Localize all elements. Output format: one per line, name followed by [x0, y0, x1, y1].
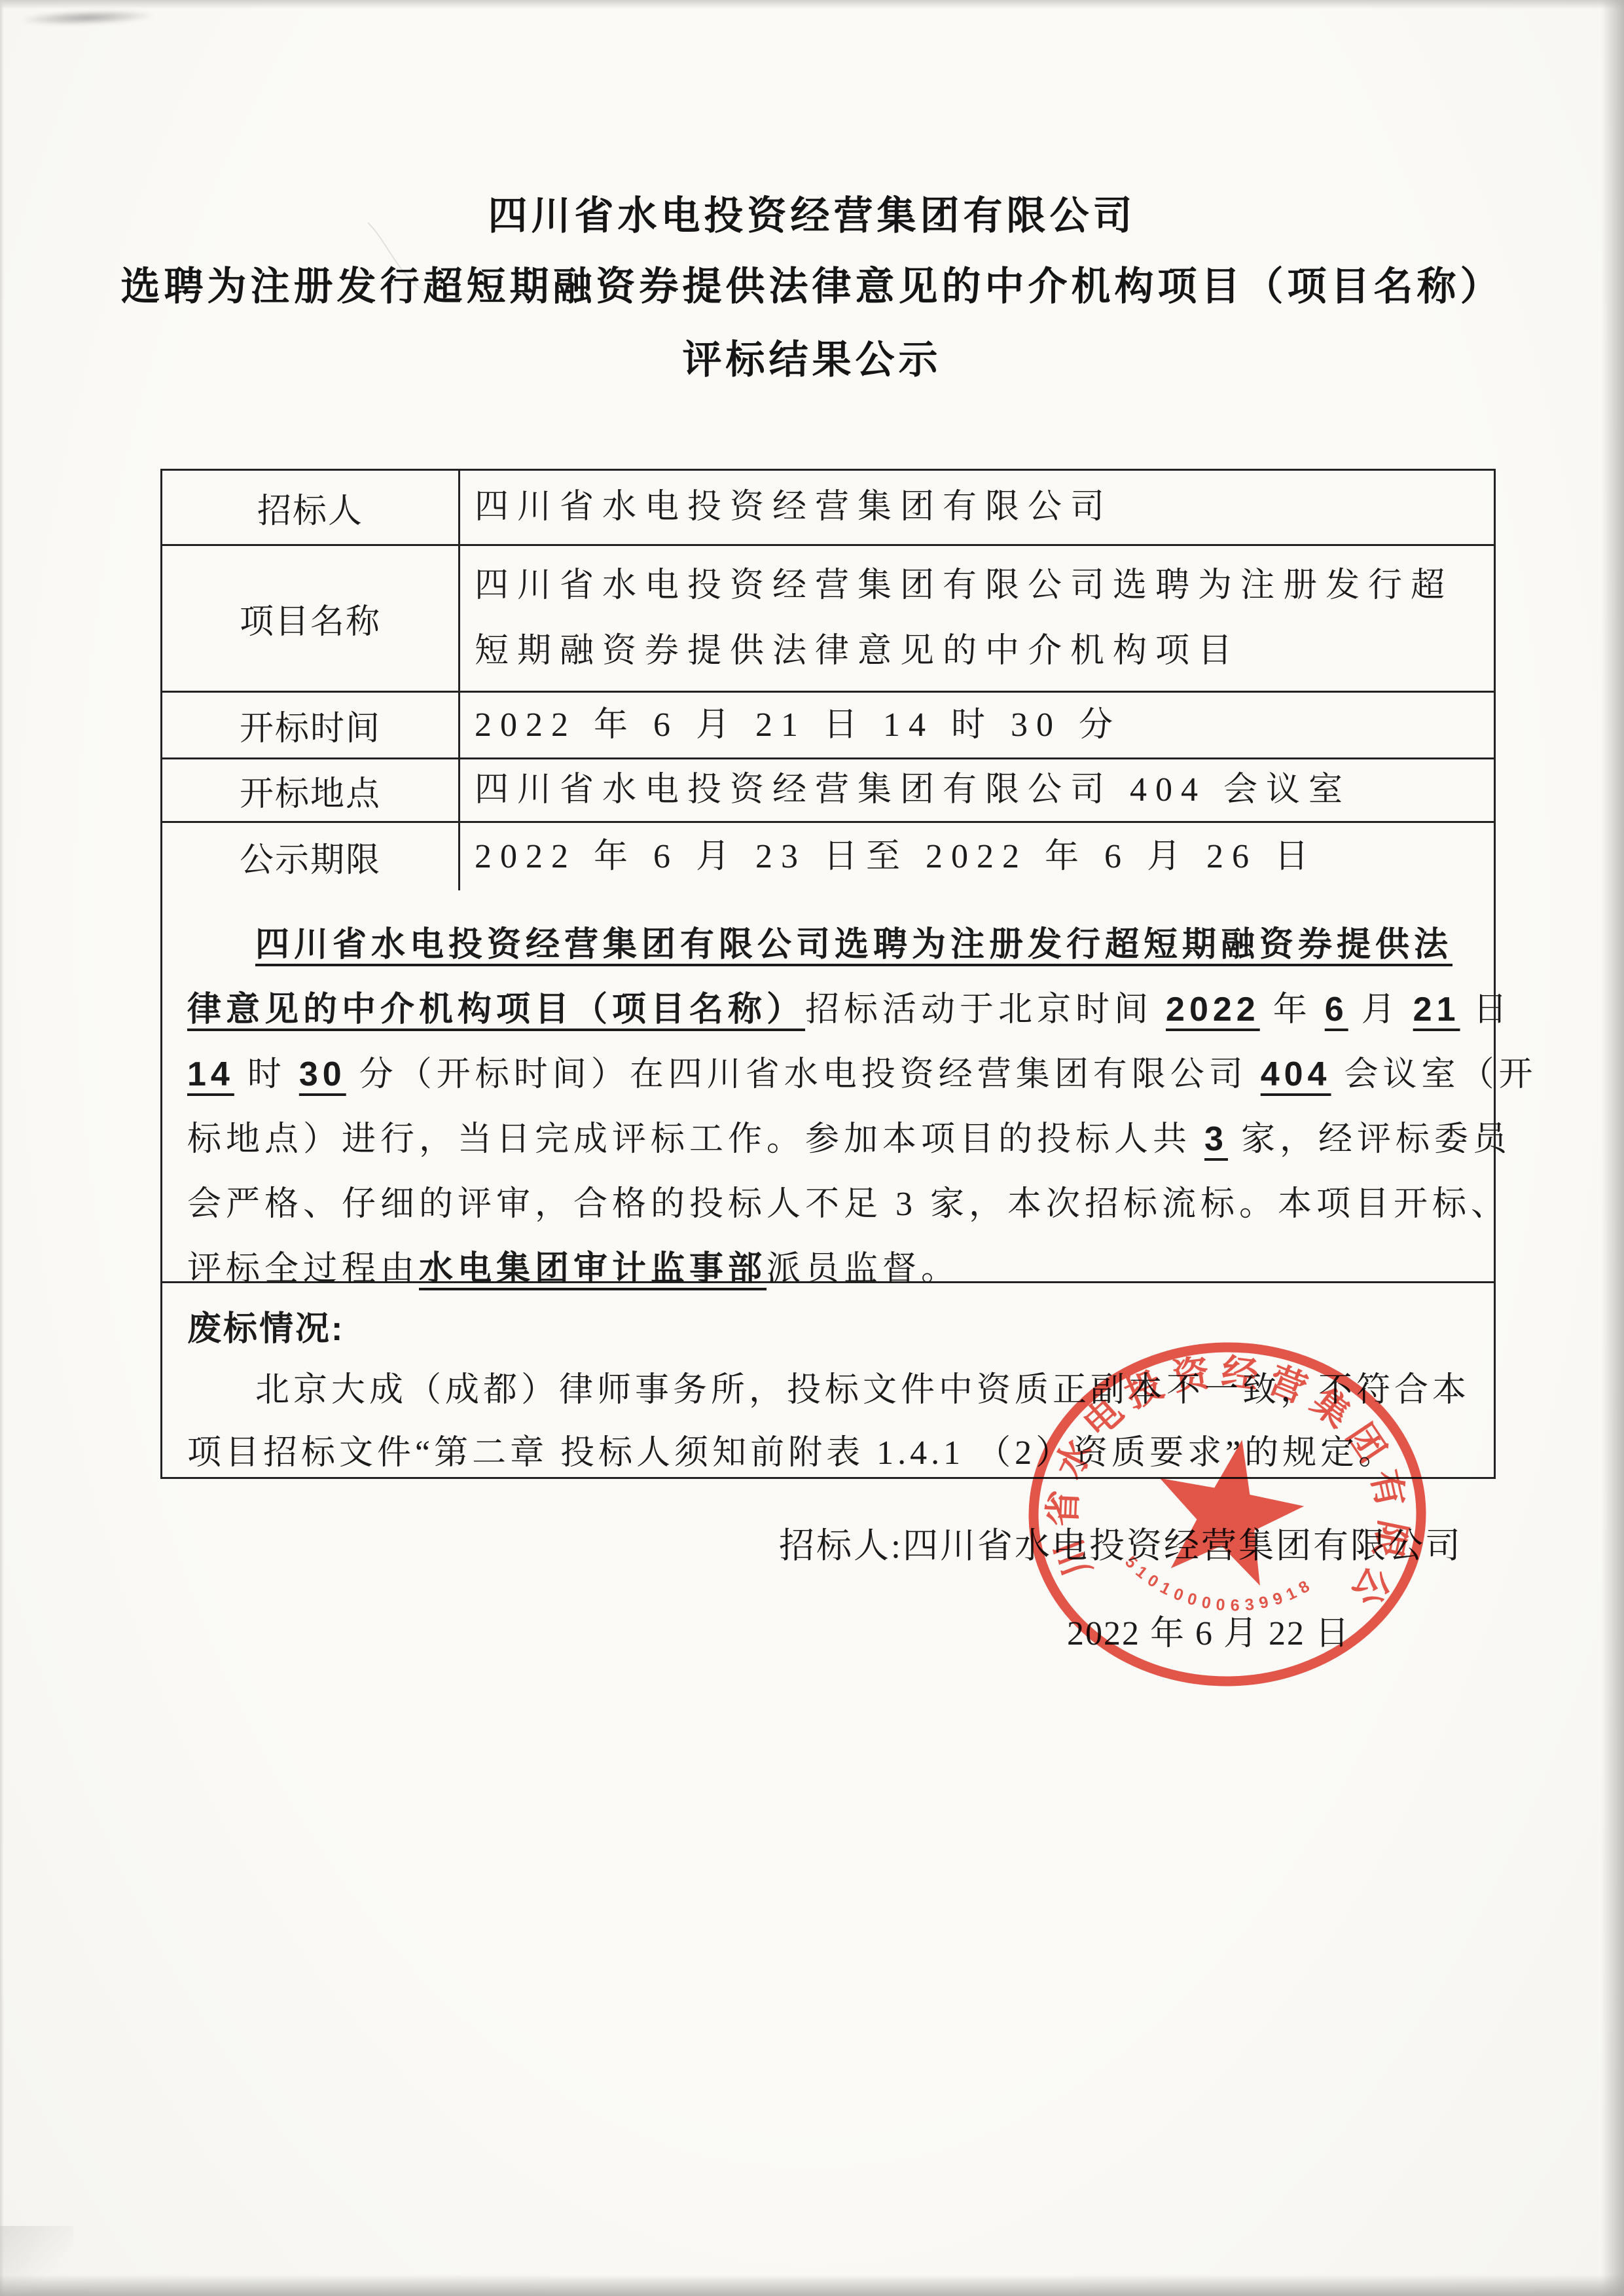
table-row: 招标人四川省水电投资经营集团有限公司 — [162, 471, 1494, 544]
row-label: 公示期限 — [162, 823, 460, 890]
row-label: 开标时间 — [162, 693, 460, 757]
row-value: 四川省水电投资经营集团有限公司 404 会议室 — [460, 759, 1494, 821]
row-value: 四川省水电投资经营集团有限公司 — [460, 471, 1494, 544]
document-title-line3: 评标结果公示 — [0, 329, 1624, 385]
scan-edge-top — [0, 0, 1624, 9]
row-label: 招标人 — [162, 471, 460, 544]
table-row: 开标地点四川省水电投资经营集团有限公司 404 会议室 — [162, 757, 1494, 821]
notice-lines: 四川省水电投资经营集团有限公司选聘为注册发行超短期融资券提供法律意见的中介机构项… — [187, 913, 1474, 1302]
notice-line: 标地点）进行，当日完成评标工作。参加本项目的投标人共 3 家，经评标委员 — [187, 1107, 1474, 1172]
document-title-line2: 选聘为注册发行超短期融资券提供法律意见的中介机构项目（项目名称） — [0, 255, 1624, 312]
notice-line: 律意见的中介机构项目（项目名称）招标活动于北京时间 2022 年 6 月 21 … — [187, 977, 1474, 1042]
document-title-line1: 四川省水电投资经营集团有限公司 — [0, 185, 1624, 241]
company-seal-stamp: 四川省水电投资经营集团有限公司 51010000639918 — [1021, 1334, 1433, 1695]
table-row: 项目名称四川省水电投资经营集团有限公司选聘为注册发行超短期融资券提供法律意见的中… — [162, 544, 1494, 691]
scan-corner-fold — [0, 2226, 73, 2296]
row-value: 2022 年 6 月 21 日 14 时 30 分 — [460, 693, 1494, 757]
seal-code-text: 51010000639918 — [1117, 1552, 1320, 1626]
notice-line: 会严格、仔细的评审，合格的投标人不足 3 家，本次招标流标。本项目开标、 — [187, 1172, 1474, 1237]
scan-edge-bottom — [0, 2274, 1624, 2296]
evaluation-notice-cell: 四川省水电投资经营集团有限公司选聘为注册发行超短期融资券提供法律意见的中介机构项… — [162, 890, 1494, 1281]
notice-line: 14 时 30 分（开标时间）在四川省水电投资经营集团有限公司 404 会议室（… — [187, 1042, 1474, 1107]
table-row: 公示期限2022 年 6 月 23 日至 2022 年 6 月 26 日 — [162, 821, 1494, 890]
row-value: 2022 年 6 月 23 日至 2022 年 6 月 26 日 — [460, 823, 1494, 890]
row-label: 项目名称 — [162, 546, 460, 691]
scan-smudge — [18, 8, 156, 27]
seal-star-icon — [1159, 1439, 1305, 1588]
info-table-rows: 招标人四川省水电投资经营集团有限公司项目名称四川省水电投资经营集团有限公司选聘为… — [162, 471, 1494, 890]
notice-line: 四川省水电投资经营集团有限公司选聘为注册发行超短期融资券提供法 — [187, 913, 1474, 977]
bid-info-table: 招标人四川省水电投资经营集团有限公司项目名称四川省水电投资经营集团有限公司选聘为… — [160, 469, 1496, 1479]
row-value: 四川省水电投资经营集团有限公司选聘为注册发行超短期融资券提供法律意见的中介机构项… — [460, 546, 1494, 691]
table-row: 开标时间2022 年 6 月 21 日 14 时 30 分 — [162, 691, 1494, 757]
row-label: 开标地点 — [162, 759, 460, 821]
scanned-document-page: 四川省水电投资经营集团有限公司 选聘为注册发行超短期融资券提供法律意见的中介机构… — [0, 0, 1624, 2296]
